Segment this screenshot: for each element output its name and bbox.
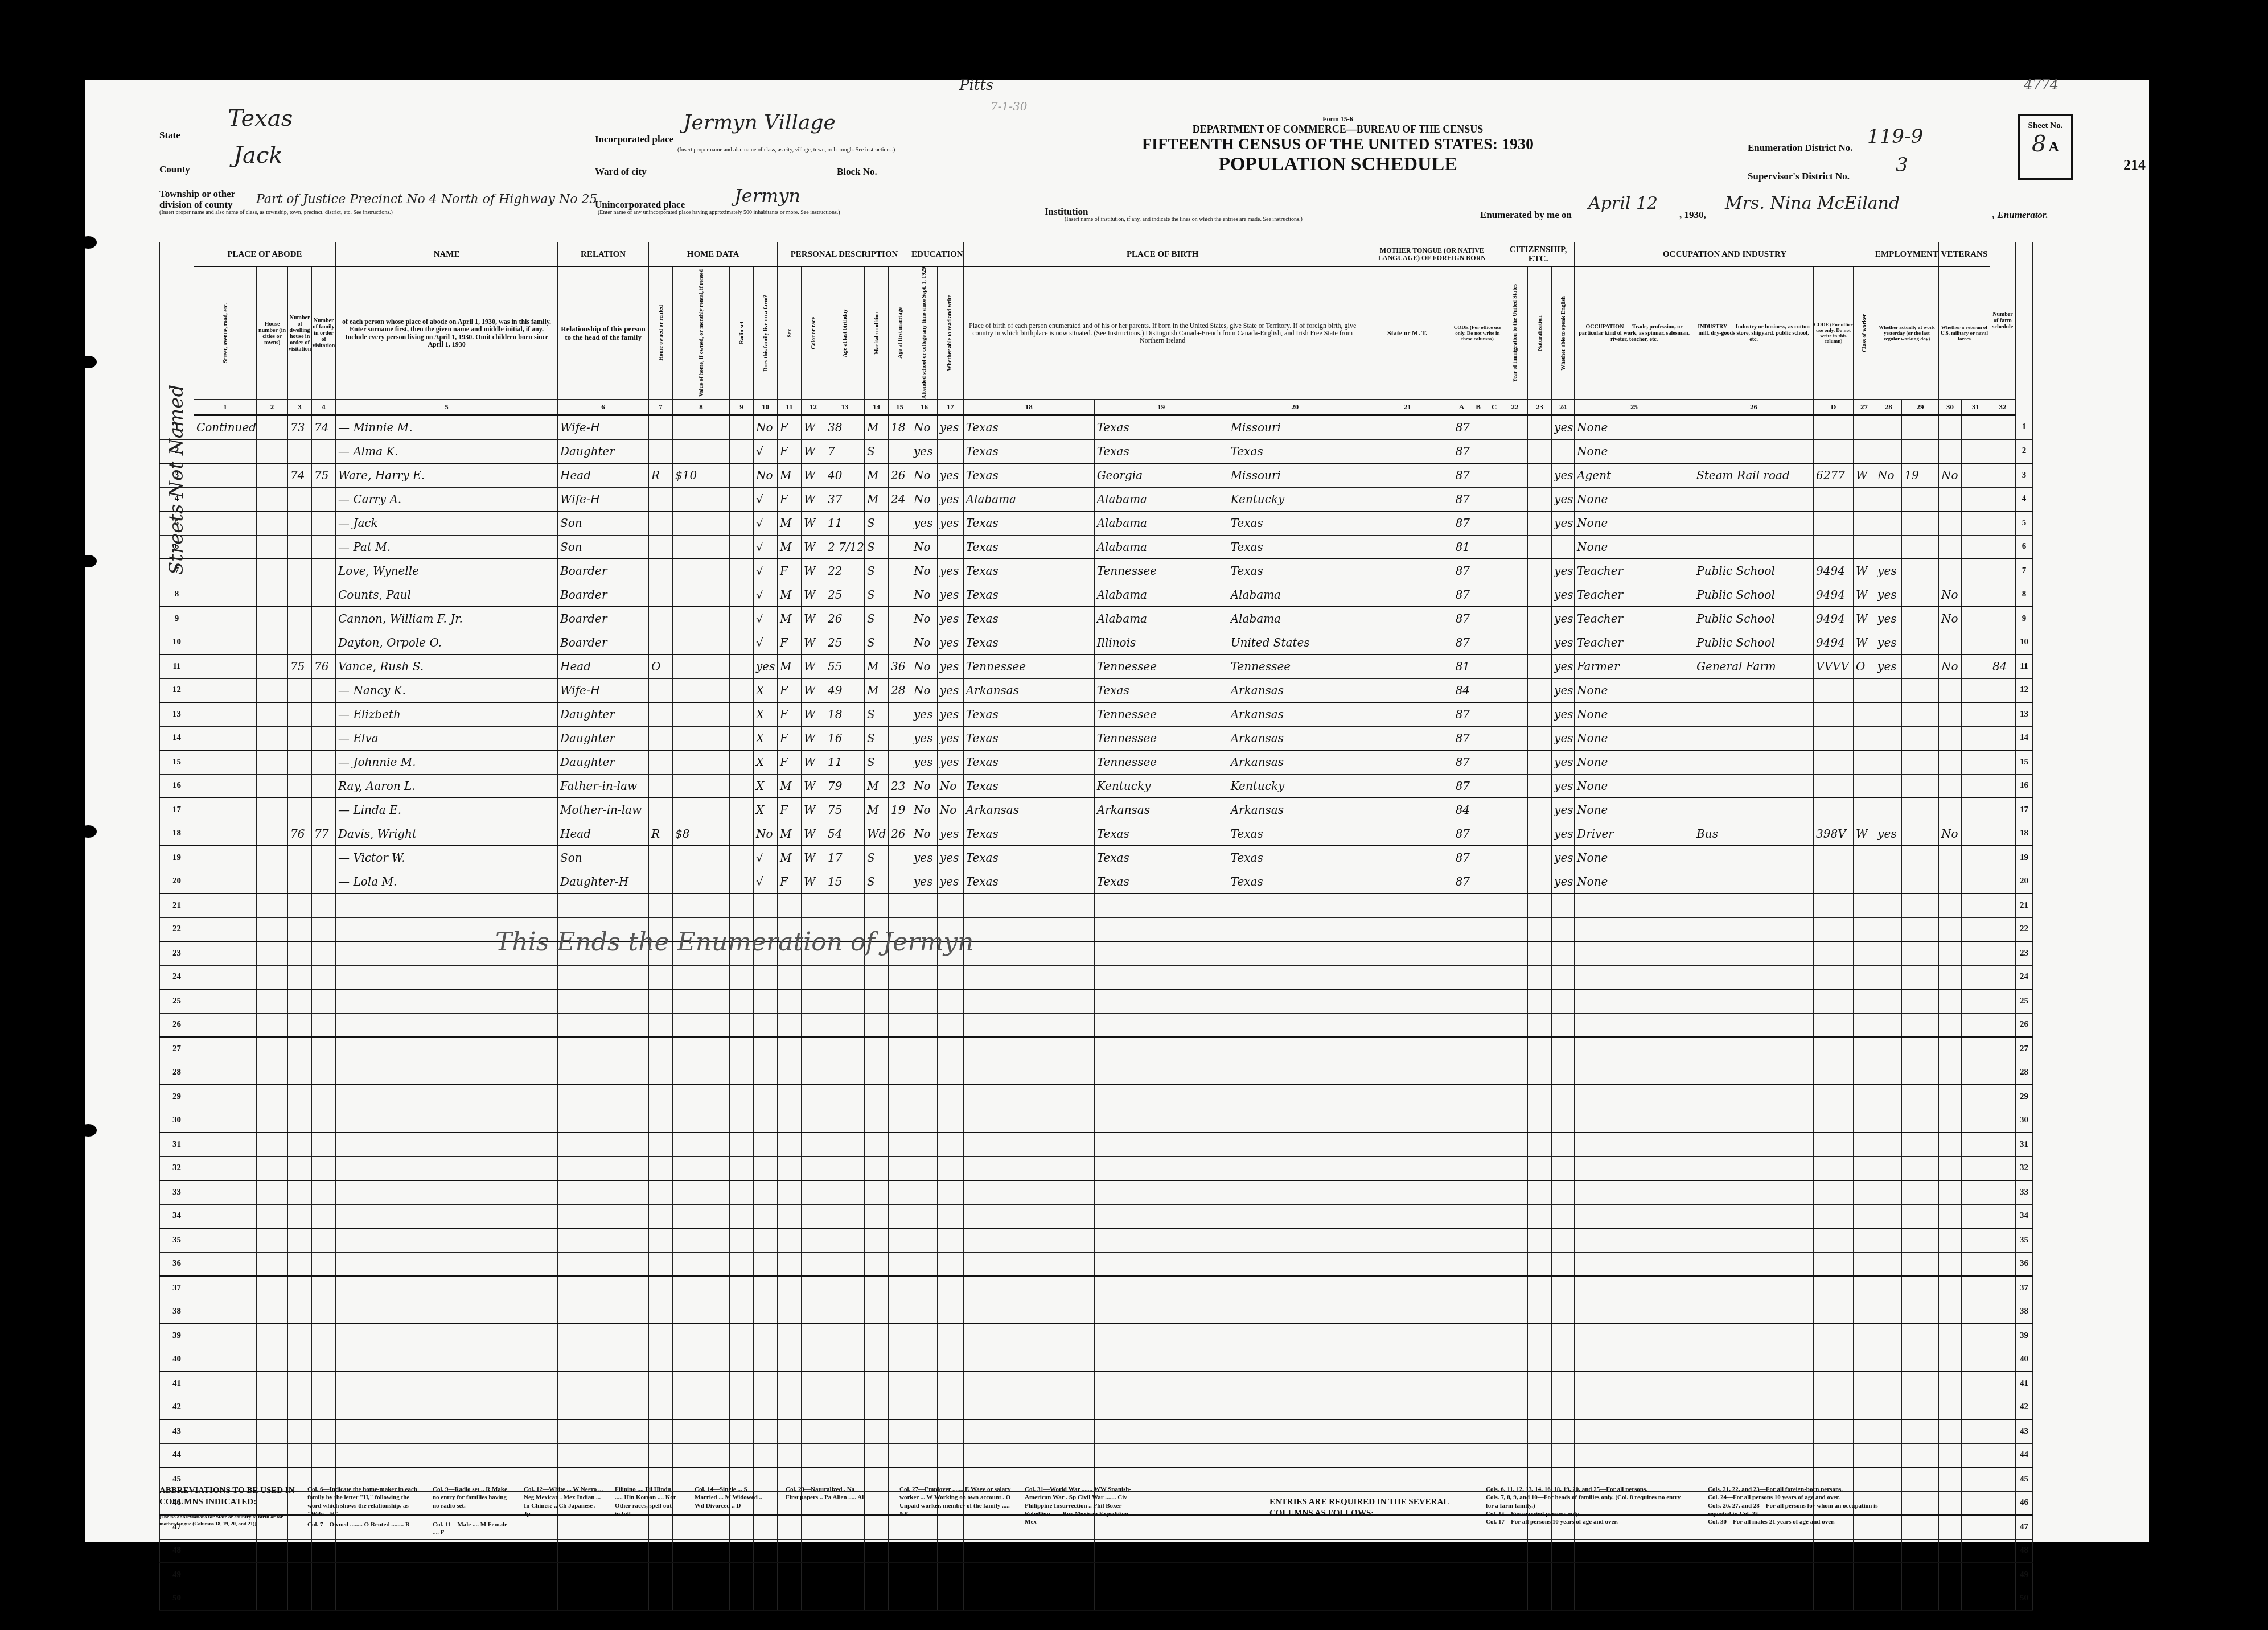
cell-code_a: 87 [1453, 870, 1470, 894]
cell-code_a [1453, 1013, 1470, 1037]
cell-occupation: None [1575, 511, 1694, 535]
cell-unemp [1902, 583, 1939, 607]
cell-farm [754, 1085, 778, 1109]
cell-code [1486, 774, 1502, 798]
table-row: 4— Carry A.Wife-H√FW37M24NoyesAlabamaAla… [160, 487, 2033, 511]
cell-english [1552, 941, 1575, 965]
date-note: 7-1-30 [991, 100, 1027, 113]
cell-lang [1362, 1085, 1453, 1109]
line-number-right: 21 [2015, 894, 2032, 917]
line-number-right: 48 [2015, 1539, 2032, 1563]
cell-street [194, 941, 257, 965]
cell-farm_no [1990, 439, 2015, 463]
cell-radio [730, 1276, 754, 1300]
cell-lang [1362, 822, 1453, 846]
cell-marital: Wd [865, 822, 889, 846]
cell-farm_no [1990, 607, 2015, 631]
cell-farm_no [1990, 1204, 2015, 1228]
cell-war [1961, 702, 1990, 726]
cell-relation: Daughter-H [558, 870, 649, 894]
cell-house [257, 894, 288, 917]
cell-unemp [1902, 631, 1939, 655]
cell-family [312, 917, 336, 941]
cell-house [257, 1085, 288, 1109]
cell-name: — Lola M. [336, 870, 558, 894]
cell-age: 18 [825, 702, 865, 726]
table-row: 9Cannon, William F. Jr.Boarder√MW26SNoye… [160, 607, 2033, 631]
cell-radio [730, 1563, 754, 1587]
cell-imm [1502, 583, 1528, 607]
cell-code [1470, 1563, 1486, 1587]
cell-class [1854, 1563, 1875, 1587]
cell-house [257, 1180, 288, 1204]
township-note: (Insert proper name and also name of cla… [159, 209, 393, 216]
cell-english [1552, 1563, 1575, 1587]
cell-dwelling: 73 [288, 415, 312, 440]
cell-unemp [1902, 1156, 1939, 1180]
cell-street [194, 535, 257, 559]
table-row: 5050 [160, 1587, 2033, 1611]
cell-owned [649, 1300, 673, 1324]
cell-farm_no [1990, 559, 2015, 583]
colnum-28: 28 [1875, 400, 1902, 415]
cell-code [1486, 1276, 1502, 1300]
cell-birth [963, 1109, 1094, 1133]
cell-relation: Mother-in-law [558, 798, 649, 822]
cell-class [1854, 487, 1875, 511]
cell-age: 26 [825, 607, 865, 631]
cell-english: yes [1552, 702, 1575, 726]
cell-race: W [802, 798, 825, 822]
cell-imm [1502, 415, 1528, 440]
cell-emp [1875, 1587, 1902, 1611]
cell-vet [1938, 1443, 1961, 1467]
cell-dwelling [288, 1419, 312, 1443]
cell-birth: Texas [963, 774, 1094, 798]
cell-street [194, 678, 257, 702]
cell-code [1486, 678, 1502, 702]
cell-school [911, 1228, 938, 1252]
cell-marital: M [865, 415, 889, 440]
cell-code_d [1814, 1276, 1854, 1300]
cell-school: yes [911, 511, 938, 535]
sheet-side: A [2048, 138, 2059, 155]
cell-house [257, 870, 288, 894]
cell-value [673, 726, 730, 750]
cell-code_d [1814, 870, 1854, 894]
group-tongue: MOTHER TONGUE (OR NATIVE LANGUAGE) OF FO… [1362, 242, 1502, 267]
cell-radio [730, 1156, 754, 1180]
cell-family [312, 1037, 336, 1061]
cell-emp [1875, 415, 1902, 440]
cell-marital [865, 1180, 889, 1204]
cell-farm: √ [754, 583, 778, 607]
cell-unemp [1902, 655, 1939, 678]
cell-unemp [1902, 1013, 1939, 1037]
cell-unemp [1902, 1324, 1939, 1348]
cell-nat [1528, 1396, 1552, 1419]
cell-radio [730, 607, 754, 631]
cell-radio [730, 1539, 754, 1563]
cell-family [312, 1419, 336, 1443]
cell-occupation: None [1575, 774, 1694, 798]
cell-code_a [1453, 1372, 1470, 1396]
cell-dwelling [288, 750, 312, 774]
cell-age [825, 1037, 865, 1061]
cell-class [1854, 894, 1875, 917]
cell-read [937, 439, 963, 463]
cell-name: Counts, Paul [336, 583, 558, 607]
cell-english: yes [1552, 583, 1575, 607]
cell-industry [1694, 1300, 1814, 1324]
cell-age_marr [889, 1156, 911, 1180]
cell-dwelling [288, 1061, 312, 1085]
cell-occupation: None [1575, 535, 1694, 559]
cell-father: Alabama [1094, 607, 1228, 631]
cell-war [1961, 1228, 1990, 1252]
cell-relation [558, 1539, 649, 1563]
line-number-right: 26 [2015, 1013, 2032, 1037]
pitts-note: Pitts [959, 77, 993, 94]
cell-nat [1528, 894, 1552, 917]
cell-industry [1694, 774, 1814, 798]
cell-industry [1694, 487, 1814, 511]
cell-age_marr [889, 726, 911, 750]
cell-emp [1875, 917, 1902, 941]
cell-father [1094, 1037, 1228, 1061]
sheet-number-box: Sheet No. 8 A [2018, 114, 2073, 180]
group-citizenship: CITIZENSHIP, ETC. [1502, 242, 1575, 267]
cell-street [194, 798, 257, 822]
cell-read: yes [937, 631, 963, 655]
cell-street [194, 1156, 257, 1180]
cell-sex [778, 1396, 802, 1419]
cell-class [1854, 1037, 1875, 1061]
cell-class [1854, 1013, 1875, 1037]
cell-read [937, 1180, 963, 1204]
cell-dwelling [288, 1324, 312, 1348]
cell-race [802, 894, 825, 917]
col-9-header: Radio set [730, 267, 754, 400]
cell-dwelling [288, 1085, 312, 1109]
cell-farm_no [1990, 1443, 2015, 1467]
cell-house [257, 1228, 288, 1252]
cell-read [937, 894, 963, 917]
abbrev-note: [Use no abbreviations for State or count… [159, 1514, 296, 1527]
cell-dwelling [288, 1013, 312, 1037]
cell-imm [1502, 989, 1528, 1013]
cell-imm [1502, 1348, 1528, 1372]
cell-relation: Boarder [558, 631, 649, 655]
cell-farm_no [1990, 1276, 2015, 1300]
cell-war [1961, 1324, 1990, 1348]
cell-school [911, 1300, 938, 1324]
col-27-header: Class of worker [1854, 267, 1875, 400]
cell-street [194, 965, 257, 989]
cell-english: yes [1552, 607, 1575, 631]
cell-age_marr [889, 1419, 911, 1443]
cell-code_d [1814, 702, 1854, 726]
cell-code [1486, 1539, 1502, 1563]
cell-owned: R [649, 822, 673, 846]
cell-owned [649, 894, 673, 917]
cell-value [673, 846, 730, 870]
cell-radio [730, 1443, 754, 1467]
cell-industry [1694, 1061, 1814, 1085]
cell-war [1961, 1180, 1990, 1204]
cell-birth [963, 917, 1094, 941]
cell-value [673, 1372, 730, 1396]
line-number: 42 [160, 1396, 194, 1419]
cell-war [1961, 1348, 1990, 1372]
cell-industry [1694, 1109, 1814, 1133]
cell-emp [1875, 750, 1902, 774]
cell-marital: M [865, 678, 889, 702]
cell-family [312, 798, 336, 822]
cell-code [1486, 1563, 1502, 1587]
cell-occupation [1575, 1539, 1694, 1563]
cell-house [257, 487, 288, 511]
cell-emp [1875, 678, 1902, 702]
cell-unemp [1902, 1085, 1939, 1109]
cell-read [937, 965, 963, 989]
schedule-rows: 1Continued7374— Minnie M.Wife-HNoFW38M18… [160, 415, 2033, 1611]
cell-radio [730, 1396, 754, 1419]
cell-code [1470, 1133, 1486, 1156]
cell-nat [1528, 1252, 1552, 1276]
cell-name [336, 1085, 558, 1109]
cell-code_d [1814, 1109, 1854, 1133]
cell-dwelling [288, 1396, 312, 1419]
cell-father [1094, 1204, 1228, 1228]
cell-class [1854, 774, 1875, 798]
cell-school [911, 1396, 938, 1419]
cell-school: yes [911, 702, 938, 726]
cell-code [1486, 870, 1502, 894]
cell-radio [730, 870, 754, 894]
cell-class [1854, 1300, 1875, 1324]
cell-birth [963, 989, 1094, 1013]
cell-code [1486, 511, 1502, 535]
table-row: 19— Victor W.Son√MW17SyesyesTexasTexasTe… [160, 846, 2033, 870]
header-center: Form 15-6 DEPARTMENT OF COMMERCE—BUREAU … [1053, 80, 1622, 175]
cell-age [825, 989, 865, 1013]
table-row: 3636 [160, 1252, 2033, 1276]
cell-nat [1528, 1013, 1552, 1037]
cell-unemp [1902, 774, 1939, 798]
cell-industry [1694, 1372, 1814, 1396]
cell-code [1470, 965, 1486, 989]
cell-value [673, 1013, 730, 1037]
cell-race [802, 1037, 825, 1061]
cell-owned [649, 1563, 673, 1587]
cell-relation: Boarder [558, 583, 649, 607]
cell-street [194, 1252, 257, 1276]
cell-radio [730, 1061, 754, 1085]
group-personal: PERSONAL DESCRIPTION [778, 242, 911, 267]
cell-school: No [911, 678, 938, 702]
cell-english [1552, 894, 1575, 917]
cell-radio [730, 535, 754, 559]
cell-house [257, 511, 288, 535]
cell-value [673, 1300, 730, 1324]
line-number: 13 [160, 702, 194, 726]
cell-school [911, 1156, 938, 1180]
cell-imm [1502, 559, 1528, 583]
cell-birth [963, 1396, 1094, 1419]
cell-sex [778, 1204, 802, 1228]
cell-name: Love, Wynelle [336, 559, 558, 583]
cell-name [336, 1587, 558, 1611]
cell-name: Cannon, William F. Jr. [336, 607, 558, 631]
cell-read [937, 1204, 963, 1228]
cell-family [312, 726, 336, 750]
cell-unemp [1902, 1348, 1939, 1372]
entries-rule-8: Col. 30—For all males 21 years of age an… [1708, 1518, 1901, 1526]
cell-class [1854, 1587, 1875, 1611]
cell-lang [1362, 607, 1453, 631]
cell-farm [754, 1133, 778, 1156]
cell-value [673, 965, 730, 989]
cell-value [673, 870, 730, 894]
cell-emp [1875, 965, 1902, 989]
cell-code_d [1814, 1228, 1854, 1252]
cell-nat [1528, 917, 1552, 941]
cell-birth: Texas [963, 607, 1094, 631]
cell-english [1552, 1037, 1575, 1061]
cell-marital: S [865, 870, 889, 894]
cell-father [1094, 1300, 1228, 1324]
cell-farm [754, 1156, 778, 1180]
cell-mother [1228, 1539, 1362, 1563]
cell-radio [730, 631, 754, 655]
table-row: 3030 [160, 1109, 2033, 1133]
cell-code_a [1453, 1133, 1470, 1156]
cell-code_a: 81 [1453, 535, 1470, 559]
cell-age_marr [889, 894, 911, 917]
cell-code [1470, 535, 1486, 559]
cell-value: $8 [673, 822, 730, 846]
cell-emp [1875, 798, 1902, 822]
cell-farm [754, 989, 778, 1013]
cell-unemp [1902, 822, 1939, 846]
cell-class [1854, 870, 1875, 894]
cell-unemp [1902, 1419, 1939, 1443]
cell-school [911, 1348, 938, 1372]
cell-school [911, 1539, 938, 1563]
cell-dwelling [288, 559, 312, 583]
entries-rule-1: Cols. 6, 11, 12, 13, 14, 16, 18, 19, 20,… [1486, 1485, 1685, 1493]
cell-code_d: 398V [1814, 822, 1854, 846]
cell-nat [1528, 822, 1552, 846]
cell-code [1486, 1180, 1502, 1204]
cell-age [825, 1085, 865, 1109]
colnum-a: A [1453, 400, 1470, 415]
cell-farm_no [1990, 702, 2015, 726]
col-26-header: INDUSTRY — Industry or business, as cott… [1694, 267, 1814, 400]
colnum-8: 8 [673, 400, 730, 415]
cell-war [1961, 1204, 1990, 1228]
cell-radio [730, 1085, 754, 1109]
cell-farm: √ [754, 607, 778, 631]
cell-age [825, 894, 865, 917]
colnum-c: C [1486, 400, 1502, 415]
cell-read [937, 989, 963, 1013]
cell-code_d: 9494 [1814, 631, 1854, 655]
punch-hole [80, 356, 97, 368]
cell-code [1470, 870, 1486, 894]
cell-family [312, 1587, 336, 1611]
cell-farm_no [1990, 1300, 2015, 1324]
cell-sex [778, 1587, 802, 1611]
cell-nat [1528, 1133, 1552, 1156]
cell-mother: Texas [1228, 511, 1362, 535]
cell-family: 76 [312, 655, 336, 678]
cell-age_marr [889, 1204, 911, 1228]
cell-family [312, 1324, 336, 1348]
cell-emp: yes [1875, 583, 1902, 607]
cell-dwelling [288, 941, 312, 965]
cell-emp [1875, 1061, 1902, 1085]
cell-age: 11 [825, 750, 865, 774]
cell-code [1470, 439, 1486, 463]
cell-occupation: Teacher [1575, 607, 1694, 631]
cell-mother [1228, 989, 1362, 1013]
cell-age_marr [889, 702, 911, 726]
cell-farm_no [1990, 511, 2015, 535]
group-veterans: VETERANS [1938, 242, 1990, 267]
punch-hole [80, 1124, 97, 1137]
cell-owned [649, 1085, 673, 1109]
cell-farm_no [1990, 1539, 2015, 1563]
cell-class [1854, 917, 1875, 941]
cell-code_d [1814, 1324, 1854, 1348]
cell-radio [730, 655, 754, 678]
cell-name [336, 894, 558, 917]
cell-farm_no [1990, 917, 2015, 941]
cell-father [1094, 941, 1228, 965]
cell-owned [649, 1204, 673, 1228]
table-row: 4343 [160, 1419, 2033, 1443]
cell-farm: √ [754, 439, 778, 463]
cell-relation [558, 894, 649, 917]
line-number: 36 [160, 1252, 194, 1276]
cell-marital: S [865, 511, 889, 535]
cell-english [1552, 1443, 1575, 1467]
cell-school [911, 1204, 938, 1228]
cell-class: W [1854, 607, 1875, 631]
cell-street [194, 750, 257, 774]
colnum-d: D [1814, 400, 1854, 415]
cell-dwelling [288, 870, 312, 894]
cell-war [1961, 1037, 1990, 1061]
cell-unemp [1902, 607, 1939, 631]
cell-dwelling [288, 1300, 312, 1324]
cell-race: W [802, 607, 825, 631]
cell-age_marr [889, 1372, 911, 1396]
cell-mother [1228, 1061, 1362, 1085]
cell-industry [1694, 1180, 1814, 1204]
cell-lang [1362, 1443, 1453, 1467]
cell-read [937, 1300, 963, 1324]
cell-radio [730, 415, 754, 440]
cell-mother: Alabama [1228, 583, 1362, 607]
cell-farm_no [1990, 1252, 2015, 1276]
cell-emp [1875, 1252, 1902, 1276]
cell-value [673, 1228, 730, 1252]
cell-industry [1694, 511, 1814, 535]
cell-lang [1362, 1348, 1453, 1372]
